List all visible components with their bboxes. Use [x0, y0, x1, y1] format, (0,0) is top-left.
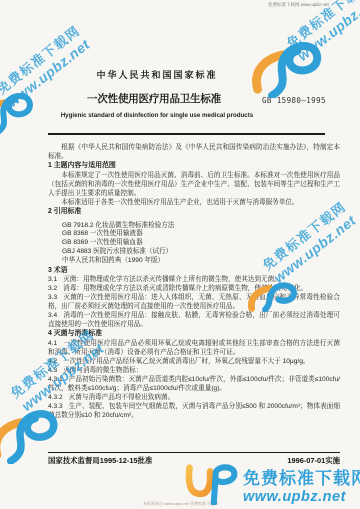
- clause-number: 4.3.1: [48, 376, 63, 383]
- intro-paragraph: 根据《中华人民共和国传染病防治法》及《中华人民共和国传染病防治法实施办法》，特制…: [48, 143, 340, 161]
- section1-paragraph-1: 本标准规定了一次性使用医疗用品灭菌、消毒前、后的卫生标准。本标准对一次性使用医疗…: [48, 171, 340, 198]
- clause-number: 4.1: [48, 340, 57, 347]
- brand-text: 免费标准下载网 www.upbz.net: [243, 464, 360, 505]
- header-divider: [48, 133, 325, 135]
- brand-site-url: www.upbz.net: [243, 489, 360, 505]
- section2-heading: 2 引用标准: [48, 207, 340, 217]
- reference-item: 中华人民共和国药典（1990 年版）: [62, 257, 340, 266]
- clause-text: 灭菌与消毒的微生物指标：: [63, 367, 142, 374]
- clause-text: 生产、装配、包装车间空气细菌总数，灭菌与消毒产品分别≤500 和 2000cfu…: [48, 403, 340, 419]
- footer: 国家技术监督局1995-12-15批准 1996-07-01实施: [48, 455, 340, 466]
- brand-site-name: 免费标准下载网: [243, 464, 360, 489]
- footer-divider: [48, 452, 340, 453]
- clause-text: 消毒的一次性使用医疗用品：接触皮肤、粘膜，无毒害检验合格，出厂前必须经过消毒处理…: [48, 312, 340, 328]
- clause-4-3-3: 4.3.3生产、装配、包装车间空气细菌总数，灭菌与消毒产品分别≤500 和 20…: [48, 402, 340, 420]
- clause-4-1: 4.1一次性使用医疗用品产品必须用环氧乙烷或电离辐射或其他经卫生部审查合格的方法…: [48, 339, 340, 357]
- clause-number: 3.3: [48, 294, 57, 301]
- watermark-site-url: www.upbz.net: [294, 0, 360, 64]
- clause-4-3-2: 4.3.2灭菌与消毒产品均不得检出致病菌。: [48, 393, 340, 402]
- clause-text: 产品初始污染菌数：灭菌产品管道类内腔≤10cfu/件次，外部≤100cfu/件次…: [48, 376, 340, 392]
- implementation-date: 1996-07-01实施: [287, 455, 340, 466]
- clause-number: 4.3.2: [48, 394, 63, 401]
- standard-number: GB 15980—1995: [262, 96, 326, 105]
- document-page: 免费标准下载网 www.upbz.net 本标准来自 www.upbz.net …: [0, 0, 360, 509]
- clause-number: 4.2: [48, 358, 57, 365]
- standard-country-line: 中华人民共和国国家标准: [0, 68, 314, 81]
- upbz-brand-footer: 免费标准下载网 www.upbz.net: [183, 463, 360, 505]
- document-body: 根据《中华人民共和国传染病防治法》及《中华人民共和国传染病防治法实施办法》，特制…: [48, 143, 340, 420]
- clause-4-3-1: 4.3.1产品初始污染菌数：灭菌产品管道类内腔≤10cfu/件次，外部≤100c…: [48, 375, 340, 393]
- upbz-logo-icon: [242, 30, 334, 98]
- clause-4-3: 4.3灭菌与消毒的微生物指标：: [48, 366, 340, 375]
- page-title-english: Hygienic standard of disinfection for si…: [0, 112, 314, 119]
- reference-item: GBJ 4883 医院污水排放标准（试行）: [62, 248, 340, 257]
- clause-text: 灭菌：用物理或化学方法以杀灭传播媒介上所有的微生物，使其达到无菌。: [63, 276, 281, 283]
- approval-note: 国家技术监督局1995-12-15批准: [48, 455, 152, 466]
- clause-number: 3.2: [48, 285, 57, 292]
- section4-heading: 4 灭菌与消毒标准: [48, 329, 340, 339]
- corner-note-bottom: 本标准来自 www.upbz.net 免费标准下载网: [143, 501, 243, 507]
- clause-3-4: 3.4消毒的一次性使用医疗用品：接触皮肤、粘膜，无毒害检验合格，出厂前必须经过消…: [48, 311, 340, 329]
- clause-text: 灭菌与消毒产品均不得检出致病菌。: [69, 394, 175, 401]
- section1-heading: 1 主题内容与适用范围: [48, 161, 340, 171]
- clause-text: 一次性使用医疗用品产品必须用环氧乙烷或电离辐射或其他经卫生部审查合格的方法进行灭…: [48, 340, 340, 356]
- clause-4-2: 4.2一次性医疗用品产品经环氧乙烷灭菌或消毒出厂时，环氧乙烷残留量不大于 10μ…: [48, 357, 340, 366]
- reference-list: GB 7918.2 化妆品微生物标准检验方法 GB 8368 一次性使用输液器 …: [48, 222, 340, 266]
- section3-heading: 3 术语: [48, 266, 340, 276]
- clause-number: 3.1: [48, 276, 57, 283]
- clause-number: 4.3.3: [48, 403, 63, 410]
- clause-number: 4.3: [48, 367, 57, 374]
- watermark-site-name: 免费标准下载网: [0, 20, 84, 97]
- clause-3-2: 3.2消毒：用物理或化学方法以杀灭或清除传播媒介上的病原微生物，使其达到无害化。: [48, 284, 340, 293]
- diagonal-watermark: 免费标准下载网 www.upbz.net: [282, 0, 360, 65]
- section1-paragraph-2: 本标准适用于各类一次性使用医疗用品生产企业，也适用于灭菌与消毒服务单位。: [48, 198, 340, 207]
- clause-text: 灭菌的一次性使用医疗用品：进入人体组织，无菌、无热原、无溶血反应和无异常毒性检验…: [48, 294, 340, 310]
- clause-text: 消毒：用物理或化学方法以杀灭或清除传播媒介上的病原微生物，使其达到无害化。: [63, 285, 307, 292]
- up-logo-icon: [183, 463, 239, 505]
- clause-3-3: 3.3灭菌的一次性使用医疗用品：进入人体组织，无菌、无热原、无溶血反应和无异常毒…: [48, 293, 340, 311]
- reference-item: GB 8369 一次性使用输血器: [62, 239, 340, 248]
- clause-text: 一次性医疗用品产品经环氧乙烷灭菌或消毒出厂时，环氧乙烷残留量不大于 10μg/g…: [63, 358, 309, 365]
- clause-number: 3.4: [48, 312, 57, 319]
- clause-3-1: 3.1灭菌：用物理或化学方法以杀灭传播媒介上所有的微生物，使其达到无菌。: [48, 275, 340, 284]
- corner-note-top: 免费标准下载网 www.upbz.net: [268, 2, 338, 8]
- reference-item: GB 8368 一次性使用输液器: [62, 230, 340, 239]
